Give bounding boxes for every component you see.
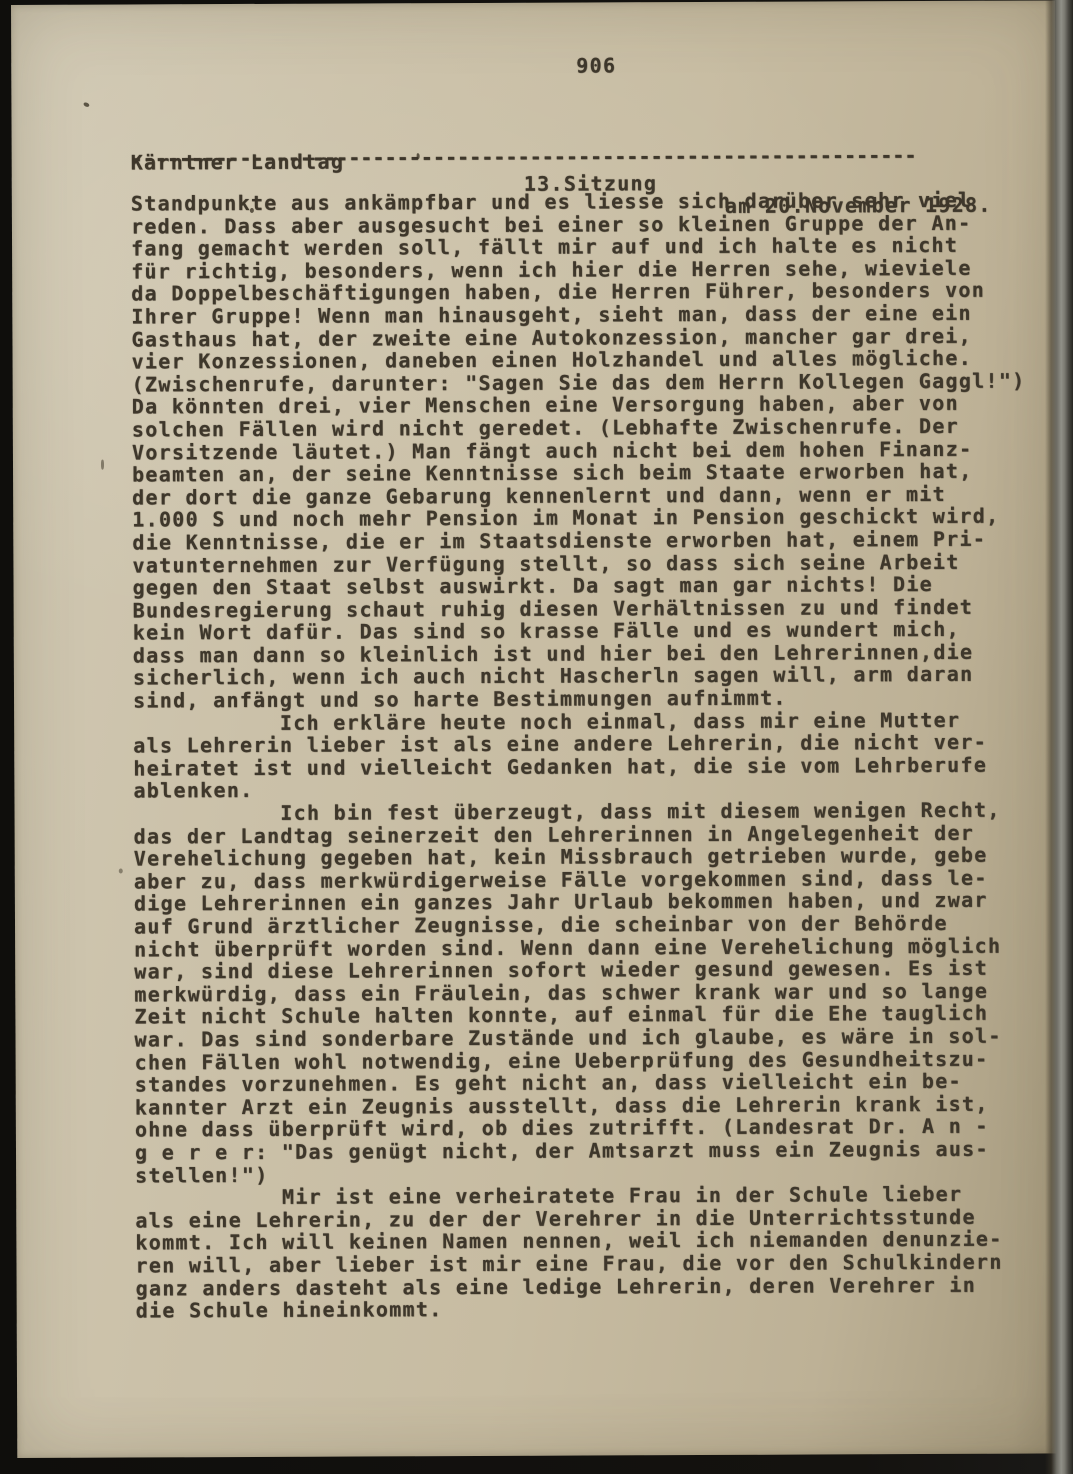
page-number: 906 bbox=[576, 54, 616, 77]
paper-speck bbox=[119, 869, 123, 874]
paper-speck bbox=[83, 102, 90, 108]
header-divider-dashes: ----------------------------------------… bbox=[131, 144, 917, 170]
speech-transcript-text: Standpunkte aus ankämpfbar und es liesse… bbox=[131, 189, 1030, 1323]
paper-sheet: 906 Kärntner Landtag 13.Sitzung am 20.No… bbox=[11, 0, 1061, 1458]
paper-speck bbox=[101, 460, 104, 470]
paper-speck bbox=[250, 208, 254, 213]
paper-speck bbox=[417, 153, 420, 159]
scanned-document: 906 Kärntner Landtag 13.Sitzung am 20.No… bbox=[0, 0, 1073, 1474]
book-fore-edge-shadow bbox=[1045, 0, 1073, 1474]
